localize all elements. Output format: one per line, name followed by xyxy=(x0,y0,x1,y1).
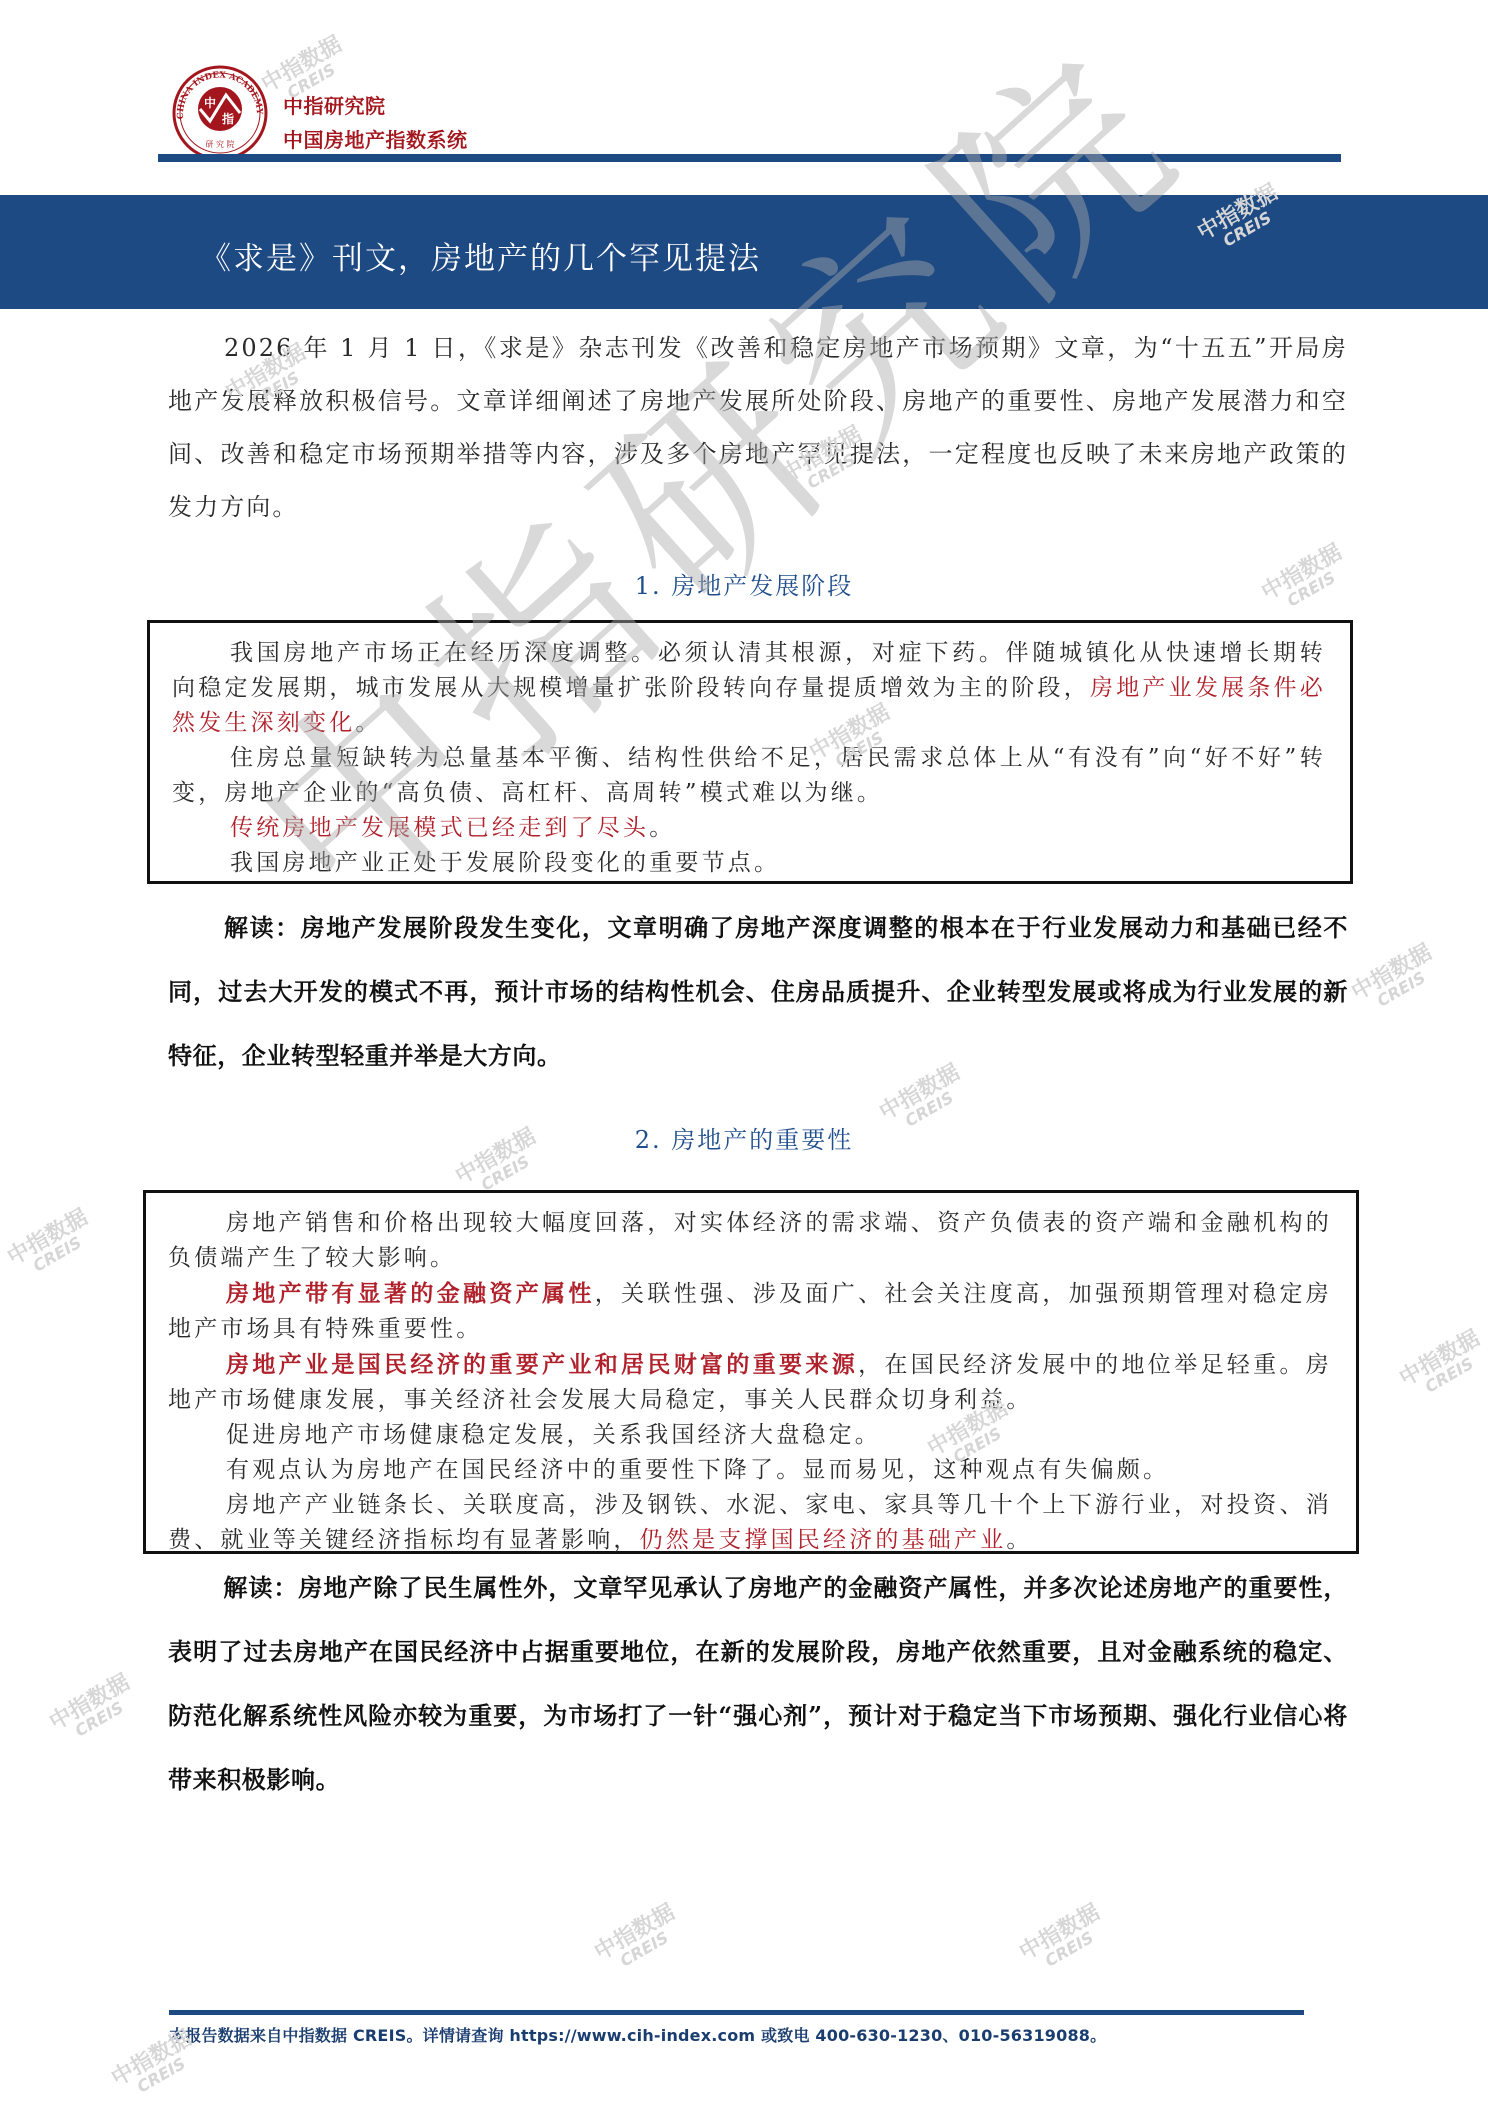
watermark-en: CREIS xyxy=(1407,1347,1488,1406)
quote-box-importance: 房地产销售和价格出现较大幅度回落，对实体经济的需求端、资产负债表的资产端和金融机… xyxy=(143,1190,1359,1554)
punctuation: 。 xyxy=(355,710,381,736)
quote-paragraph: 房地产带有显著的金融资产属性，关联性强、涉及面广、社会关注度高，加强预期管理对稳… xyxy=(168,1276,1332,1347)
svg-text:中: 中 xyxy=(204,95,216,110)
punctuation: 。 xyxy=(1006,1527,1032,1553)
watermark-cn: 中指数据 xyxy=(46,1671,134,1735)
interpretation-text: 房地产发展阶段发生变化，文章明确了房地产深度调整的根本在于行业发展动力和基础已经… xyxy=(168,913,1348,1070)
footer-disclaimer: 本报告数据来自中指数据 CREIS。详情请查询 https://www.cih-… xyxy=(169,2023,1106,2046)
watermark-cn: 中指数据 xyxy=(591,1901,679,1965)
watermark-cn: 中指数据 xyxy=(4,1206,92,1270)
watermark-creis: 中指数据CREIS xyxy=(1396,1327,1488,1406)
watermark-creis: 中指数据CREIS xyxy=(4,1206,100,1285)
watermark-cn: 中指数据 xyxy=(1396,1327,1484,1391)
watermark-en: CREIS xyxy=(602,1921,687,1980)
highlight-text: 仍然是支撑国民经济的基础产业 xyxy=(640,1527,1007,1553)
org-name: 中指研究院 xyxy=(283,90,386,119)
intro-paragraph: 2026 年 1 月 1 日，《求是》杂志刊发《改善和稳定房地产市场预期》文章，… xyxy=(168,322,1348,534)
highlight-text: 房地产业是国民经济的重要产业和居民财富的重要来源 xyxy=(226,1351,858,1378)
china-index-academy-logo: 中 指 CHINA INDEX ACADEMY 研 究 院 xyxy=(170,63,270,163)
quote-paragraph: 促进房地产市场健康稳定发展，关系我国经济大盘稳定。 xyxy=(168,1418,1332,1453)
interpretation-label: 解读： xyxy=(223,913,301,942)
watermark-en: CREIS xyxy=(15,1226,100,1285)
interpretation-development-stage: 解读：房地产发展阶段发生变化，文章明确了房地产深度调整的根本在于行业发展动力和基… xyxy=(168,896,1348,1088)
quote-paragraph: 我国房地产市场正在经历深度调整。必须认清其根源，对症下药。伴随城镇化从快速增长期… xyxy=(172,636,1326,741)
section-heading-importance: 2. 房地产的重要性 xyxy=(0,1120,1488,1155)
org-subtitle: 中国房地产指数系统 xyxy=(283,124,468,153)
watermark-creis: 中指数据CREIS xyxy=(46,1671,142,1750)
highlight-text: 房地产带有显著的金融资产属性 xyxy=(226,1280,595,1307)
quote-paragraph: 传统房地产发展模式已经走到了尽头。 xyxy=(172,811,1326,846)
interpretation-label: 解读： xyxy=(223,1573,298,1602)
page-title: 《求是》刊文，房地产的几个罕见提法 xyxy=(200,233,761,278)
interpretation-text: 房地产除了民生属性外，文章罕见承认了房地产的金融资产属性，并多次论述房地产的重要… xyxy=(168,1573,1348,1794)
quote-paragraph: 住房总量短缺转为总量基本平衡、结构性供给不足，居民需求总体上从“有没有”向“好不… xyxy=(172,741,1326,811)
watermark-creis: 中指数据CREIS xyxy=(591,1901,687,1980)
quote-box-development-stage: 我国房地产市场正在经历深度调整。必须认清其根源，对症下药。伴随城镇化从快速增长期… xyxy=(147,620,1353,884)
interpretation-importance: 解读：房地产除了民生属性外，文章罕见承认了房地产的金融资产属性，并多次论述房地产… xyxy=(168,1556,1348,1812)
intro-section: 2026 年 1 月 1 日，《求是》杂志刊发《改善和稳定房地产市场预期》文章，… xyxy=(168,322,1348,534)
logo-seal-icon: 中 指 CHINA INDEX ACADEMY 研 究 院 xyxy=(170,63,270,163)
section-heading-development-stage: 1. 房地产发展阶段 xyxy=(0,566,1488,601)
watermark-en: CREIS xyxy=(57,1691,142,1750)
quote-paragraph: 房地产产业链条长、关联度高，涉及钢铁、水泥、家电、家具等几十个上下游行业，对投资… xyxy=(168,1488,1332,1558)
quote-paragraph: 有观点认为房地产在国民经济中的重要性下降了。显而易见，这种观点有失偏颇。 xyxy=(168,1453,1332,1488)
quote-paragraph: 房地产销售和价格出现较大幅度回落，对实体经济的需求端、资产负债表的资产端和金融机… xyxy=(168,1206,1332,1276)
watermark-cn: 中指数据 xyxy=(1348,941,1436,1005)
watermark-cn: 中指数据 xyxy=(258,33,346,97)
watermark-en: CREIS xyxy=(1359,961,1444,1020)
watermark-creis: 中指数据CREIS xyxy=(1016,1901,1112,1980)
quote-paragraph: 房地产业是国民经济的重要产业和居民财富的重要来源，在国民经济发展中的地位举足轻重… xyxy=(168,1347,1332,1418)
watermark-en: CREIS xyxy=(1027,1921,1112,1980)
footer-rule xyxy=(169,2010,1304,2015)
quote-paragraph: 我国房地产业正处于发展阶段变化的重要节点。 xyxy=(172,846,1326,881)
svg-text:研 究 院: 研 究 院 xyxy=(205,139,234,149)
highlight-text: 传统房地产发展模式已经走到了尽头 xyxy=(230,815,649,841)
svg-text:指: 指 xyxy=(221,111,234,126)
watermark-cn: 中指数据 xyxy=(1016,1901,1104,1965)
watermark-creis: 中指数据CREIS xyxy=(1348,941,1444,1020)
watermark-en: CREIS xyxy=(119,2047,204,2104)
punctuation: 。 xyxy=(649,815,675,841)
header-rule xyxy=(158,154,1341,162)
